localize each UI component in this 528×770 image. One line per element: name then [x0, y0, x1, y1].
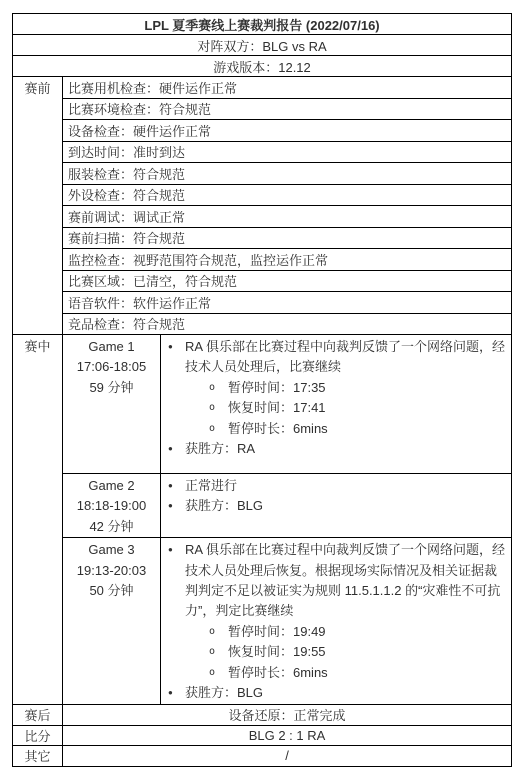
- sub-bullet-item: o 暂停时长：6mins: [161, 419, 508, 439]
- bullet-text: 获胜方：RA: [185, 439, 508, 459]
- post-match-value: 设备还原：正常完成: [63, 705, 512, 726]
- pre-match-item: 赛前调试：调试正常: [63, 206, 512, 228]
- during-match-label: 赛中: [13, 335, 63, 705]
- sub-bullet-text: 恢复时间：19:55: [228, 642, 508, 662]
- pre-match-label: 赛前: [13, 77, 63, 335]
- bullet-item: ● RA 俱乐部在比赛过程中向裁判反馈了一个网络问题，经技术人员处理后，比赛继续: [161, 337, 508, 378]
- sub-bullet-item: o 恢复时间：17:41: [161, 398, 508, 418]
- filled-bullet-icon: ●: [161, 476, 185, 496]
- bullet-text: 获胜方：BLG: [185, 683, 508, 703]
- score-label: 比分: [13, 725, 63, 746]
- sub-bullet-text: 暂停时间：19:49: [228, 622, 508, 642]
- score-value: BLG 2 : 1 RA: [63, 725, 512, 746]
- game-1-time: 17:06-18:05: [63, 357, 160, 377]
- game-3-info: Game 3 19:13-20:03 50 分钟: [63, 538, 161, 705]
- open-bullet-icon: o: [209, 378, 228, 398]
- open-bullet-icon: o: [209, 663, 228, 683]
- other-label: 其它: [13, 746, 63, 767]
- referee-report-page: LPL 夏季赛线上赛裁判报告 (2022/07/16) 对阵双方：BLG vs …: [0, 0, 528, 770]
- bullet-item: ● 获胜方：BLG: [161, 683, 508, 703]
- game-1-notes: ● RA 俱乐部在比赛过程中向裁判反馈了一个网络问题，经技术人员处理后，比赛继续…: [161, 335, 512, 474]
- open-bullet-icon: o: [209, 642, 228, 662]
- filled-bullet-icon: ●: [161, 496, 185, 516]
- pre-match-item: 比赛用机检查：硬件运作正常: [63, 77, 512, 99]
- referee-report-table: LPL 夏季赛线上赛裁判报告 (2022/07/16) 对阵双方：BLG vs …: [12, 13, 512, 767]
- filled-bullet-icon: ●: [161, 540, 185, 622]
- open-bullet-icon: o: [209, 622, 228, 642]
- sub-bullet-item: o 暂停时长：6mins: [161, 663, 508, 683]
- filled-bullet-icon: ●: [161, 683, 185, 703]
- sub-bullet-item: o 暂停时间：19:49: [161, 622, 508, 642]
- pre-match-item: 比赛环境检查：符合规范: [63, 98, 512, 120]
- open-bullet-icon: o: [209, 398, 228, 418]
- bullet-item: ● 获胜方：BLG: [161, 496, 508, 516]
- game-3-notes: ● RA 俱乐部在比赛过程中向裁判反馈了一个网络问题，经技术人员处理后恢复。根据…: [161, 538, 512, 705]
- game-1-name: Game 1: [63, 337, 160, 357]
- pre-match-item: 设备检查：硬件运作正常: [63, 120, 512, 142]
- game-3-time: 19:13-20:03: [63, 561, 160, 581]
- sub-bullet-item: o 暂停时间：17:35: [161, 378, 508, 398]
- game-2-duration: 42 分钟: [63, 517, 160, 537]
- open-bullet-icon: o: [209, 419, 228, 439]
- post-match-label: 赛后: [13, 705, 63, 726]
- filled-bullet-icon: ●: [161, 337, 185, 378]
- bullet-item: ● RA 俱乐部在比赛过程中向裁判反馈了一个网络问题，经技术人员处理后恢复。根据…: [161, 540, 508, 622]
- sub-bullet-text: 暂停时长：6mins: [228, 419, 508, 439]
- pre-match-item: 竞品检查：符合规范: [63, 313, 512, 335]
- game-2-time: 18:18-19:00: [63, 496, 160, 516]
- game-2-name: Game 2: [63, 476, 160, 496]
- filled-bullet-icon: ●: [161, 439, 185, 459]
- sub-bullet-text: 暂停时间：17:35: [228, 378, 508, 398]
- bullet-text: RA 俱乐部在比赛过程中向裁判反馈了一个网络问题，经技术人员处理后，比赛继续: [185, 337, 508, 378]
- bullet-text: 正常进行: [185, 476, 508, 496]
- game-3-duration: 50 分钟: [63, 581, 160, 601]
- pre-match-item: 到达时间：准时到达: [63, 141, 512, 163]
- bullet-item: ● 正常进行: [161, 476, 508, 496]
- other-value: /: [63, 746, 512, 767]
- game-2-notes: ● 正常进行 ● 获胜方：BLG: [161, 474, 512, 538]
- pre-match-item: 外设检查：符合规范: [63, 184, 512, 206]
- sub-bullet-text: 恢复时间：17:41: [228, 398, 508, 418]
- sub-bullet-text: 暂停时长：6mins: [228, 663, 508, 683]
- game-3-name: Game 3: [63, 540, 160, 560]
- pre-match-item: 监控检查：视野范围符合规范，监控运作正常: [63, 249, 512, 271]
- game-1-info: Game 1 17:06-18:05 59 分钟: [63, 335, 161, 474]
- pre-match-item: 比赛区域：已清空，符合规范: [63, 270, 512, 292]
- bullet-text: RA 俱乐部在比赛过程中向裁判反馈了一个网络问题，经技术人员处理后恢复。根据现场…: [185, 540, 508, 622]
- pre-match-item: 语音软件：软件运作正常: [63, 292, 512, 314]
- pre-match-item: 服装检查：符合规范: [63, 163, 512, 185]
- matchup-row: 对阵双方：BLG vs RA: [13, 35, 512, 56]
- report-title: LPL 夏季赛线上赛裁判报告 (2022/07/16): [13, 14, 512, 35]
- game-1-duration: 59 分钟: [63, 378, 160, 398]
- bullet-item: ● 获胜方：RA: [161, 439, 508, 459]
- bullet-text: 获胜方：BLG: [185, 496, 508, 516]
- game-2-info: Game 2 18:18-19:00 42 分钟: [63, 474, 161, 538]
- sub-bullet-item: o 恢复时间：19:55: [161, 642, 508, 662]
- pre-match-item: 赛前扫描：符合规范: [63, 227, 512, 249]
- game-version-row: 游戏版本：12.12: [13, 56, 512, 77]
